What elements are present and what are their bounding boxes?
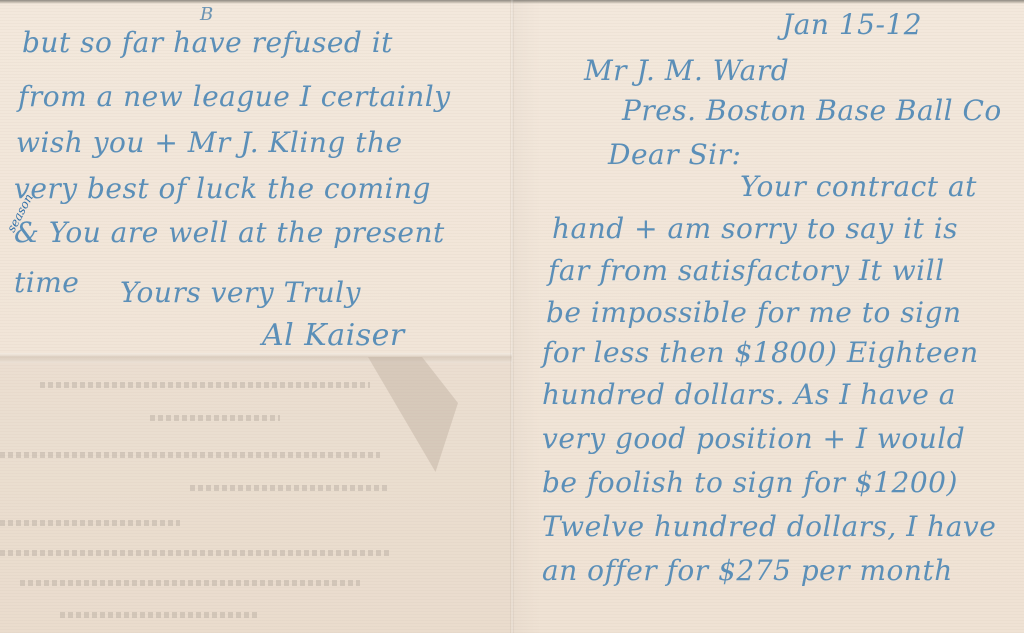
horizontal-fold-crease bbox=[0, 353, 512, 363]
bleed-through-line bbox=[0, 520, 180, 526]
letter-line: but so far have refused it bbox=[22, 26, 393, 59]
bleed-through-line bbox=[190, 485, 390, 491]
page-mark: B bbox=[200, 4, 214, 25]
letter-line: & You are well at the present bbox=[14, 216, 445, 249]
letter-line: for less then $1800) Eighteen bbox=[542, 336, 979, 369]
left-page: B but so far have refused it from a new … bbox=[0, 0, 512, 633]
signature: Al Kaiser bbox=[262, 318, 405, 353]
letter-line: Twelve hundred dollars, I have bbox=[542, 510, 996, 543]
letter-line: far from satisfactory It will bbox=[548, 254, 945, 287]
letter-line: hundred dollars. As I have a bbox=[542, 378, 956, 411]
bleed-through-line bbox=[20, 580, 360, 586]
bleed-through-line bbox=[60, 612, 260, 618]
letter-line: wish you + Mr J. Kling the bbox=[16, 126, 403, 159]
recipient-title: Pres. Boston Base Ball Co bbox=[622, 94, 1002, 127]
bleed-through-line bbox=[0, 550, 390, 556]
closing: Yours very Truly bbox=[120, 276, 361, 309]
letter-line: be impossible for me to sign bbox=[546, 296, 962, 329]
bleed-through-line bbox=[150, 415, 280, 421]
letter-line: from a new league I certainly bbox=[18, 80, 451, 113]
recipient-name: Mr J. M. Ward bbox=[584, 54, 789, 87]
salutation: Dear Sir: bbox=[608, 138, 741, 171]
letter-line: very best of luck the coming bbox=[14, 172, 431, 205]
letter-line: very good position + I would bbox=[542, 422, 965, 455]
letter-line: time bbox=[14, 266, 79, 299]
letter-date: Jan 15-12 bbox=[782, 8, 922, 41]
right-page: Jan 15-12 Mr J. M. Ward Pres. Boston Bas… bbox=[512, 0, 1024, 633]
letter-line: Your contract at bbox=[740, 170, 977, 203]
letter-scan: B but so far have refused it from a new … bbox=[0, 0, 1024, 633]
letter-line: an offer for $275 per month bbox=[542, 554, 953, 587]
letter-line: hand + am sorry to say it is bbox=[552, 212, 958, 245]
letter-line: be foolish to sign for $1200) bbox=[542, 466, 958, 499]
bleed-through-line bbox=[40, 382, 370, 388]
bleed-through-line bbox=[0, 452, 380, 458]
